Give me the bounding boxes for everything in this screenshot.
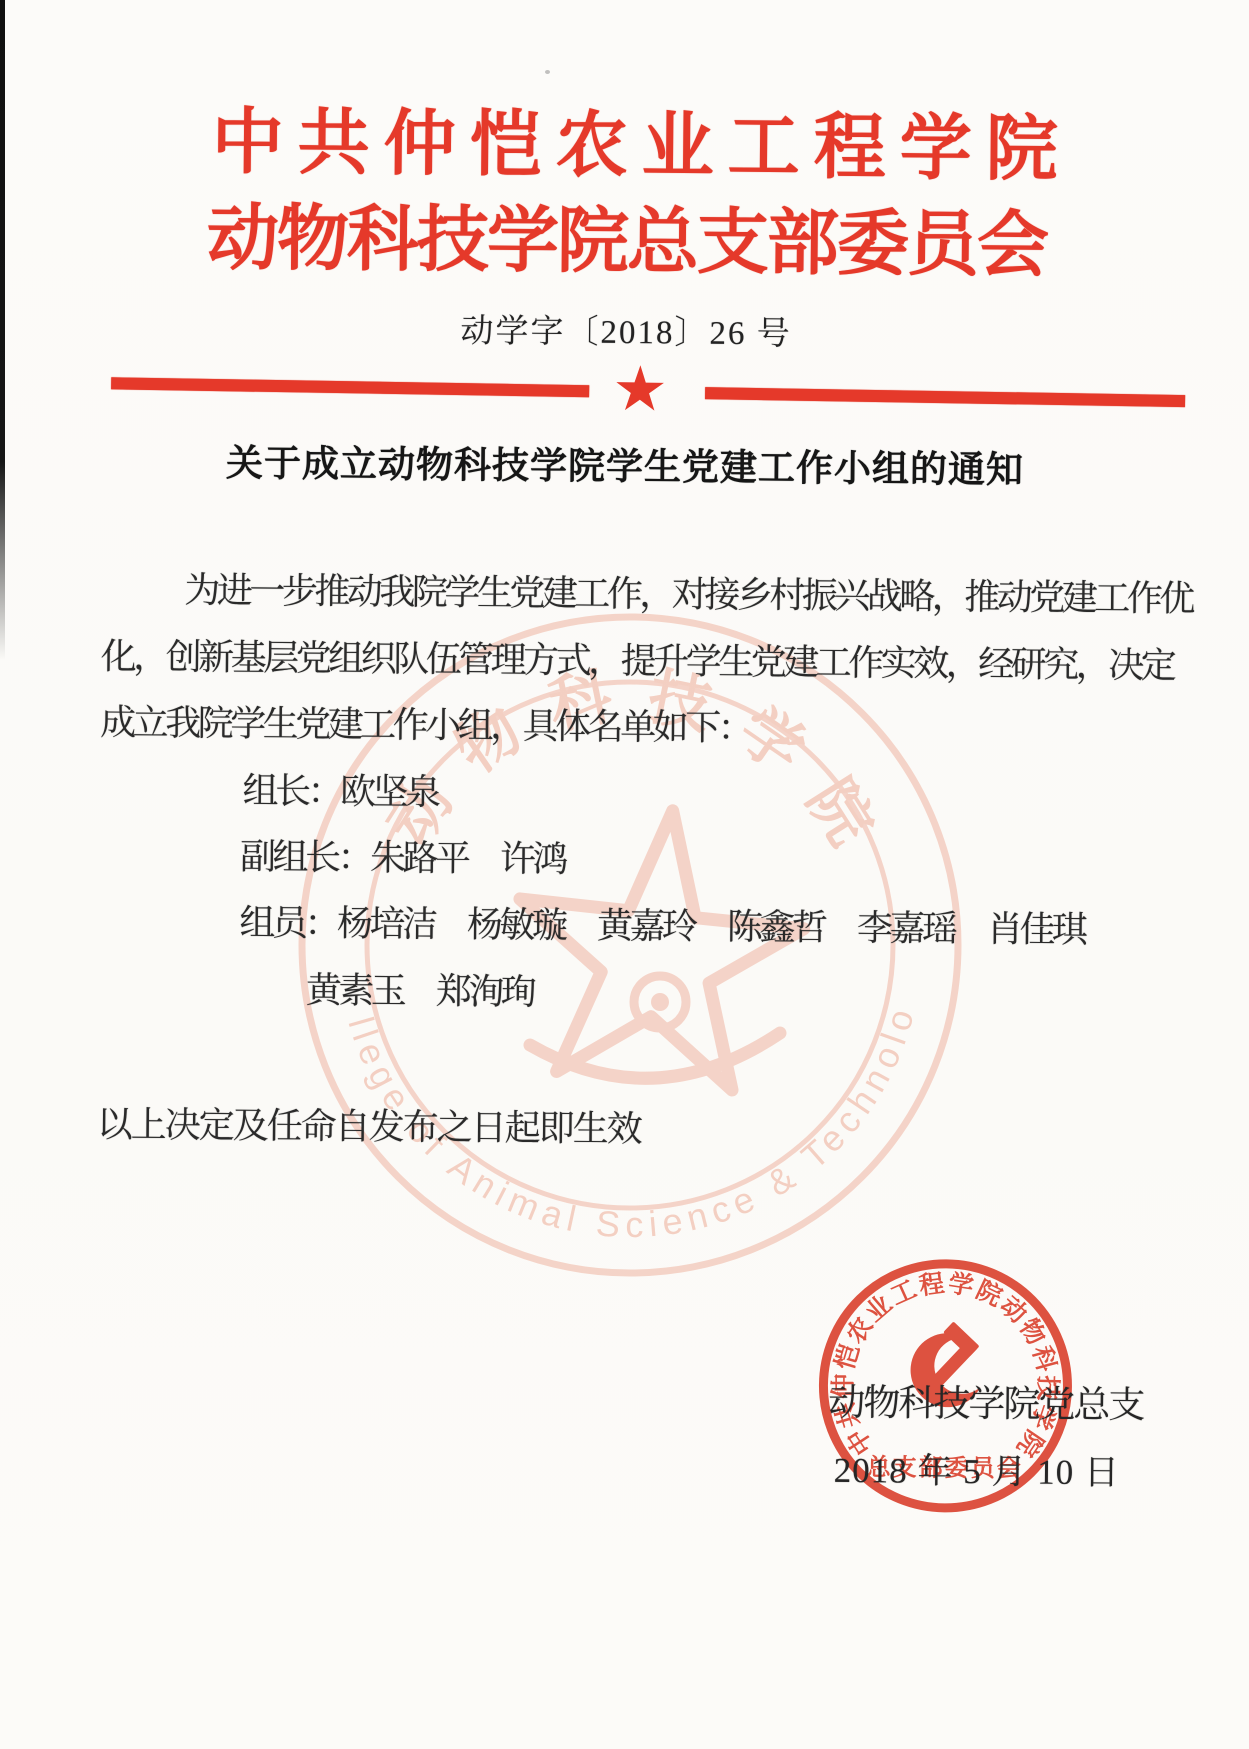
scan-speck — [545, 70, 550, 74]
deputy-leader-line: 副组长：朱路平 许鸿 — [240, 829, 565, 883]
paragraph-line-2: 化，创新基层党组织队伍管理方式，提升学生党建工作实效，经研究，决定 — [101, 628, 1174, 688]
red-rule-right-segment — [705, 387, 1185, 407]
red-star-icon: ★ — [612, 358, 669, 421]
members-line-1: 组员：杨培洁 杨敏璇 黄嘉玲 陈鑫哲 李嘉瑶 肖佳琪 — [239, 895, 1084, 953]
document-number: 动学字〔2018〕26 号 — [1, 301, 1249, 359]
signature-date: 2018 年 5 月 10 日 — [834, 1443, 1121, 1495]
red-divider-rule: ★ — [1, 353, 1249, 434]
signature-org: 动物科技学院党总支 — [828, 1372, 1143, 1429]
scan-edge-artifact — [0, 0, 5, 660]
scanned-notice-document: 动物科技学院 College of Animal Science & Techn… — [0, 0, 1249, 1749]
red-rule-left-segment — [111, 377, 589, 397]
notice-title: 关于成立动物科技学院学生党建工作小组的通知 — [0, 431, 1249, 496]
members-line-2: 黄素玉 郑洵珣 — [306, 962, 534, 1015]
letterhead-line1: 中共仲恺农业工程学院 — [3, 93, 1249, 200]
paragraph-line-3: 成立我院学生党建工作小组，具体名单如下： — [100, 694, 750, 751]
paragraph-line-1: 为进一步推动我院学生党建工作，对接乡村振兴战略，推动党建工作优 — [184, 562, 1192, 622]
letterhead-line2: 动物科技学院总支部委员会 — [2, 189, 1249, 296]
effective-statement: 以上决定及任命自发布之日起即生效 — [97, 1096, 641, 1152]
group-leader-line: 组长：欧坚泉 — [242, 763, 437, 816]
